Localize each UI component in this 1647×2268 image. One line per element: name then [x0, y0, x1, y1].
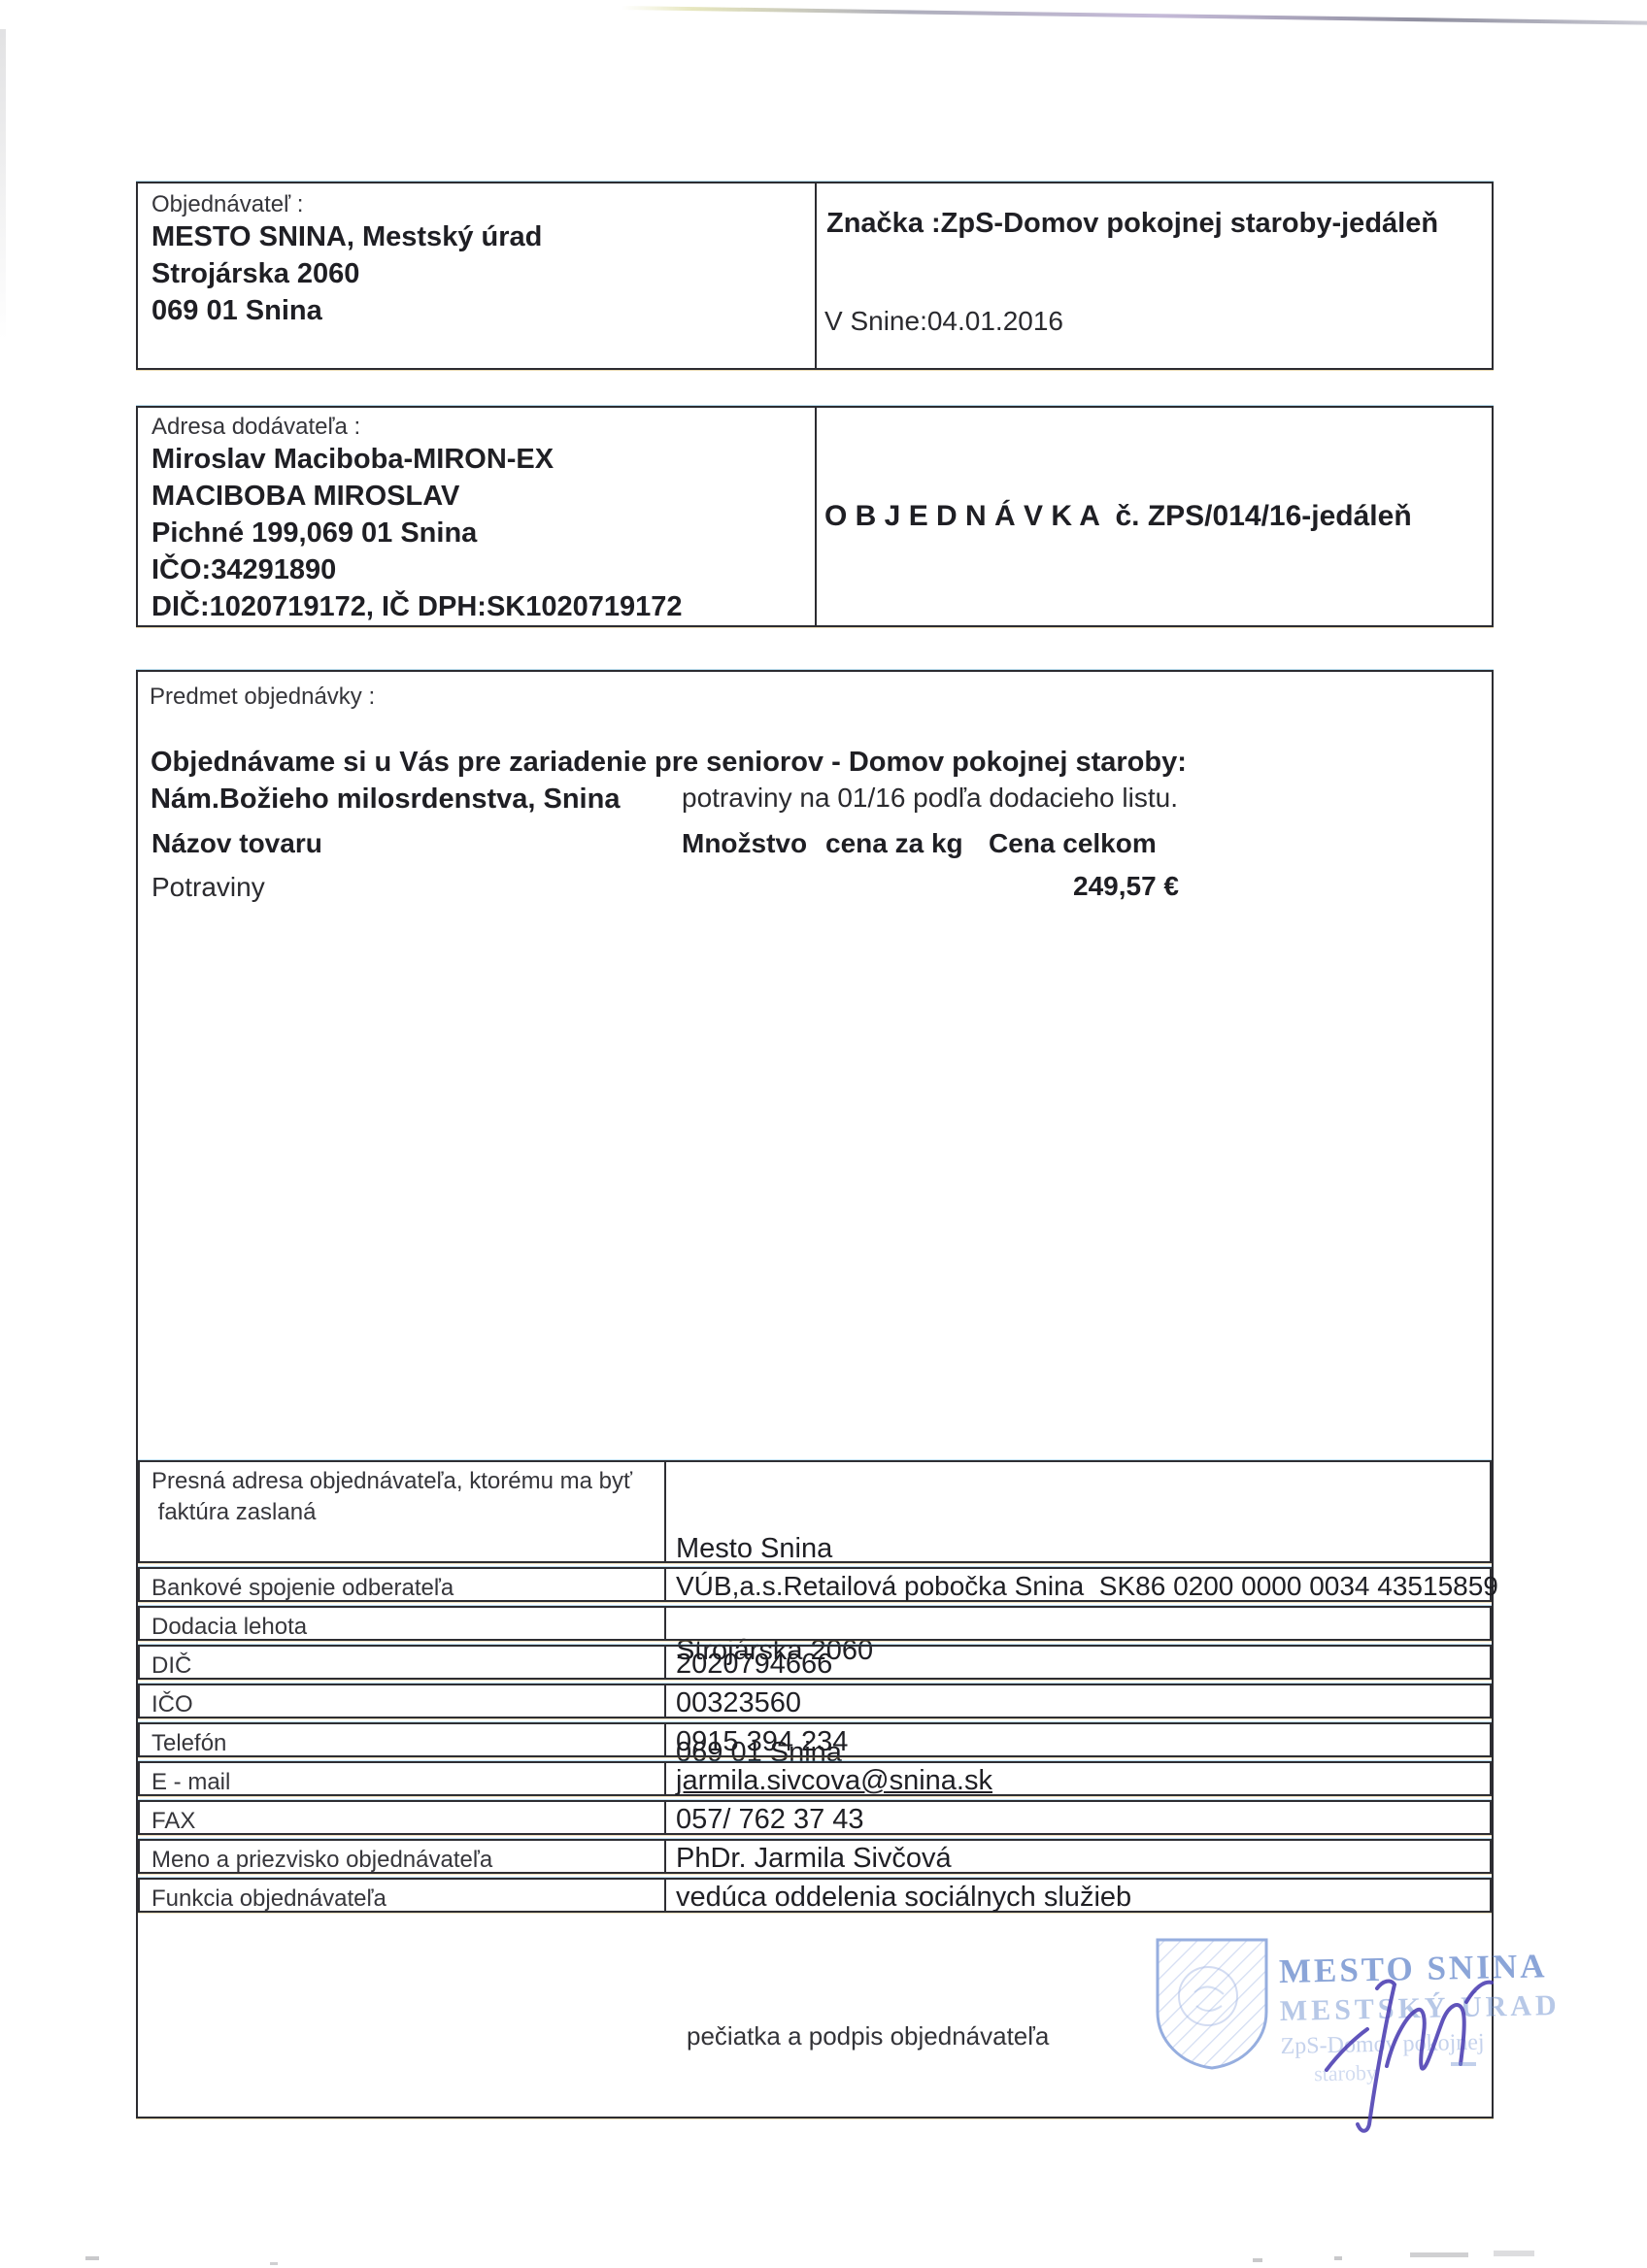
- supplier-line1: Miroslav Maciboba-MIRON-EX: [151, 441, 822, 478]
- scan-edge-line: [622, 6, 1647, 25]
- table-row-dic: DIČ 2020794666: [138, 1645, 1492, 1680]
- scan-speck: [1494, 2251, 1534, 2256]
- supplier-line4: IČO:34291890: [151, 551, 822, 588]
- row-value: PhDr. Jarmila Sivčová: [676, 1842, 952, 1875]
- row-label: Funkcia objednávateľa: [151, 1884, 387, 1915]
- orderer-cell: Objednávateľ : MESTO SNINA, Mestský úrad…: [138, 183, 822, 368]
- mark-cell: Značka :ZpS-Domov pokojnej staroby-jedál…: [817, 183, 1492, 368]
- item-total: 249,57 €: [1073, 868, 1179, 905]
- scan-speck: [270, 2262, 278, 2265]
- row-value: 057/ 762 37 43: [676, 1803, 864, 1836]
- row-value-email: jarmila.sivcova@snina.sk: [676, 1764, 992, 1797]
- scanned-order-document: { "document": { "orderer_box": { "label"…: [0, 0, 1647, 2268]
- subject-intro-line2-left: Nám.Božieho milosrdenstva, Snina: [151, 781, 620, 817]
- place-date: V Snine:04.01.2016: [824, 306, 1063, 337]
- scan-speck: [1334, 2256, 1342, 2260]
- stamp-caption: pečiatka a podpis objednávateľa: [687, 2021, 1049, 2051]
- row-divider: [664, 1801, 666, 1834]
- order-number-cell: O B J E D N Á V K A č. ZPS/014/16-jedále…: [817, 408, 1492, 625]
- scan-speck: [1253, 2258, 1262, 2262]
- table-row-phone: Telefón 0915 394 234: [138, 1722, 1492, 1757]
- row-divider: [664, 1723, 666, 1756]
- subject-intro-line2-right: potraviny na 01/16 podľa dodacieho listu…: [682, 783, 1178, 814]
- orderer-box: Objednávateľ : MESTO SNINA, Mestský úrad…: [136, 182, 1494, 370]
- supplier-line3: Pichné 199,069 01 Snina: [151, 515, 822, 551]
- row-divider: [664, 1607, 666, 1640]
- row-label: Telefón: [151, 1728, 226, 1759]
- table-row-orderer-function: Funkcia objednávateľa vedúca oddelenia s…: [138, 1878, 1492, 1913]
- subject-intro-line1: Objednávame si u Vás pre zariadenie pre …: [151, 744, 1187, 781]
- row-label: Presná adresa objednávateľa, ktorému ma …: [151, 1466, 632, 1528]
- table-row-orderer-person: Meno a priezvisko objednávateľa PhDr. Ja…: [138, 1839, 1492, 1874]
- order-mark: Značka :ZpS-Domov pokojnej staroby-jedál…: [826, 205, 1438, 242]
- row-value: 0915 394 234: [676, 1725, 848, 1758]
- row-divider: [664, 1684, 666, 1718]
- scan-speck: [1410, 2252, 1468, 2257]
- row-divider: [664, 1461, 666, 1562]
- supplier-line2: MACIBOBA MIROSLAV: [151, 478, 822, 515]
- city-emblem-shield-icon: [1152, 1936, 1272, 2072]
- orderer-name: MESTO SNINA, Mestský úrad: [151, 218, 822, 255]
- row-label: IČO: [151, 1689, 193, 1720]
- row-value: vedúca oddelenia sociálnych služieb: [676, 1881, 1131, 1914]
- row-label: Meno a priezvisko objednávateľa: [151, 1845, 492, 1876]
- order-number-title: O B J E D N Á V K A č. ZPS/014/16-jedále…: [817, 498, 1412, 535]
- col-header-qty: Množstvo: [682, 825, 807, 862]
- supplier-line5: DIČ:1020719172, IČ DPH:SK1020719172: [151, 588, 822, 625]
- orderer-city: 069 01 Snina: [151, 292, 822, 329]
- supplier-box: Adresa dodávateľa : Miroslav Maciboba-MI…: [136, 406, 1494, 627]
- subject-label: Predmet objednávky :: [150, 684, 375, 711]
- row-divider: [664, 1879, 666, 1912]
- scan-left-streak: [0, 29, 6, 340]
- row-divider: [664, 1762, 666, 1795]
- table-row-fax: FAX 057/ 762 37 43: [138, 1800, 1492, 1835]
- row-label: DIČ: [151, 1651, 191, 1682]
- col-header-unit-price: cena za kg: [825, 825, 963, 862]
- row-divider: [664, 1568, 666, 1601]
- row-value: 2020794666: [676, 1648, 832, 1681]
- supplier-cell: Adresa dodávateľa : Miroslav Maciboba-MI…: [138, 408, 822, 625]
- table-row-bank: Bankové spojenie odberateľa VÚB,a.s.Reta…: [138, 1567, 1492, 1602]
- table-row-invoice-address: Presná adresa objednávateľa, ktorému ma …: [138, 1460, 1492, 1563]
- table-row-ico: IČO 00323560: [138, 1684, 1492, 1718]
- signature: [1315, 1961, 1519, 2136]
- item-name: Potraviny: [151, 872, 265, 903]
- col-header-name: Názov tovaru: [151, 825, 322, 862]
- row-divider: [664, 1840, 666, 1873]
- orderer-label: Objednávateľ :: [151, 191, 822, 218]
- col-header-total: Cena celkom: [989, 825, 1157, 862]
- row-value: 00323560: [676, 1686, 801, 1719]
- row-divider: [664, 1646, 666, 1679]
- table-row-email: E - mail jarmila.sivcova@snina.sk: [138, 1761, 1492, 1796]
- table-row-delivery-term: Dodacia lehota: [138, 1606, 1492, 1641]
- row-label: E - mail: [151, 1767, 230, 1798]
- supplier-label: Adresa dodávateľa :: [151, 414, 822, 441]
- row-label: FAX: [151, 1806, 195, 1837]
- orderer-street: Strojárska 2060: [151, 255, 822, 292]
- subject-box: Predmet objednávky : Objednávame si u Vá…: [136, 670, 1494, 2118]
- row-label: Bankové spojenie odberateľa: [151, 1573, 454, 1604]
- scan-speck: [85, 2256, 99, 2260]
- details-table: Presná adresa objednávateľa, ktorému ma …: [138, 1460, 1492, 1917]
- row-value: VÚB,a.s.Retailová pobočka Snina SK86 020…: [676, 1570, 1498, 1603]
- row-label: Dodacia lehota: [151, 1612, 307, 1643]
